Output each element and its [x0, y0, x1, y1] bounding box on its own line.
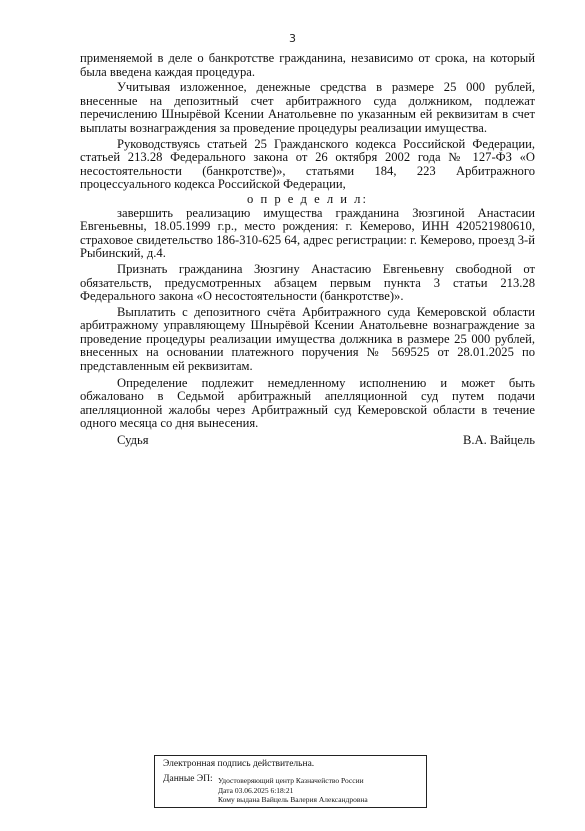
- esign-title: Электронная подпись действительна.: [163, 759, 314, 769]
- signature-row: Судья В.А. Вайцель: [117, 433, 535, 448]
- paragraph-continuation: применяемой в деле о банкротстве граждан…: [80, 52, 535, 79]
- esign-date: Дата 03.06.2025 6:18:21: [218, 786, 368, 796]
- signature-name: В.А. Вайцель: [463, 433, 535, 448]
- document-body: применяемой в деле о банкротстве граждан…: [80, 52, 535, 431]
- paragraph-legal-basis: Руководствуясь статьей 25 Гражданского к…: [80, 138, 535, 192]
- paragraph-complete-realization: завершить реализацию имущества гражданин…: [80, 207, 535, 261]
- electronic-signature-stamp: Электронная подпись действительна. Данны…: [154, 755, 427, 808]
- esign-issued-to: Кому выдана Вайцель Валерия Александровн…: [218, 795, 368, 805]
- esign-label: Данные ЭП:: [163, 774, 213, 784]
- page-number: 3: [0, 32, 585, 45]
- paragraph-funds-transfer: Учитывая изложенное, денежные средства в…: [80, 81, 535, 135]
- esign-issuer: Удостоверяющий центр Казначейство России: [218, 776, 368, 786]
- esign-details: Удостоверяющий центр Казначейство России…: [218, 776, 368, 805]
- paragraph-release-obligations: Признать гражданина Зюзгину Анастасию Ев…: [80, 263, 535, 304]
- decision-heading: о п р е д е л и л:: [80, 193, 535, 207]
- paragraph-payment-order: Выплатить с депозитного счёта Арбитражно…: [80, 306, 535, 374]
- signature-role: Судья: [117, 433, 149, 448]
- paragraph-appeal: Определение подлежит немедленному исполн…: [80, 377, 535, 431]
